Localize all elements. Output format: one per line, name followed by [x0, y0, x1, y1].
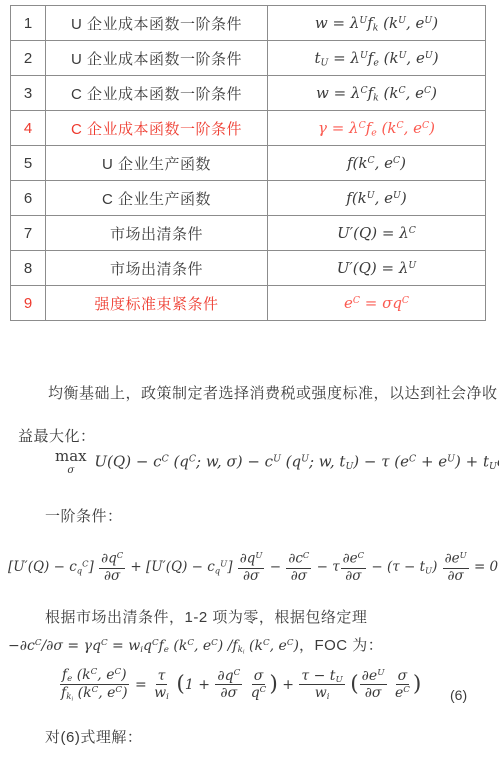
label-first-order-condition: 一阶条件：: [45, 505, 123, 526]
row-number-cell: 7: [11, 216, 46, 251]
row-number-cell: 1: [11, 6, 46, 41]
table-row: 3 C 企业成本函数一阶条件 w = λCfk (kC, eC): [11, 76, 486, 111]
row-number-cell: 5: [11, 146, 46, 181]
condition-label-cell: C 企业成本函数一阶条件: [46, 111, 268, 146]
formula-cell: γ = λCfe (kC, eC): [268, 111, 486, 146]
table-row: 8 市场出清条件 U′(Q) = λU: [11, 251, 486, 286]
conditions-table: 1 U 企业成本函数一阶条件 w = λUfk (kU, eU) 2 U 企业成…: [10, 5, 486, 321]
table-row: 1 U 企业成本函数一阶条件 w = λUfk (kU, eU): [11, 6, 486, 41]
row-number-cell: 9: [11, 286, 46, 321]
formula-cell: tU = λUfe (kU, eU): [268, 41, 486, 76]
row-number-cell: 8: [11, 251, 46, 286]
document-page: 1 U 企业成本函数一阶条件 w = λUfk (kU, eU) 2 U 企业成…: [0, 0, 499, 757]
table-row: 9 强度标准束紧条件 eC = σqC: [11, 286, 486, 321]
equation-6-tag: (6): [450, 687, 467, 703]
paragraph-line-1: 均衡基础上，政策制定者选择消费税或强度标准，以达到社会净收: [18, 382, 496, 403]
row-number-cell: 4: [11, 111, 46, 146]
table-row: 2 U 企业成本函数一阶条件 tU = λUfe (kU, eU): [11, 41, 486, 76]
condition-label-cell: C 企业成本函数一阶条件: [46, 76, 268, 111]
conditions-table-body: 1 U 企业成本函数一阶条件 w = λUfk (kU, eU) 2 U 企业成…: [11, 6, 486, 321]
table-row: 6 C 企业生产函数 f(kU, eU): [11, 181, 486, 216]
formula-cell: f(kC, eC): [268, 146, 486, 181]
formula-cell: U′(Q) = λC: [268, 216, 486, 251]
formula-cell: w = λUfk (kU, eU): [268, 6, 486, 41]
condition-label-cell: U 企业成本函数一阶条件: [46, 6, 268, 41]
paragraph-equilibrium: 均衡基础上，政策制定者选择消费税或强度标准，以达到社会净收 益最大化：: [18, 382, 496, 446]
row-number-cell: 6: [11, 181, 46, 216]
condition-label-cell: 强度标准束紧条件: [46, 286, 268, 321]
table-row: 4 C 企业成本函数一阶条件 γ = λCfe (kC, eC): [11, 111, 486, 146]
row-number-cell: 2: [11, 41, 46, 76]
paragraph-line-2: 益最大化：: [18, 425, 496, 446]
row-number-cell: 3: [11, 76, 46, 111]
condition-label-cell: 市场出清条件: [46, 216, 268, 251]
paragraph-market-clearing: 根据市场出清条件，1-2 项为零，根据包络定理: [45, 606, 367, 627]
condition-label-cell: U 企业生产函数: [46, 146, 268, 181]
paragraph-understanding-eq6: 对(6)式理解：: [45, 726, 142, 747]
equation-6: fe (kC, eC)fki (kC, eC) = τwi (1 + ∂qC∂σ…: [58, 667, 421, 703]
formula-cell: f(kU, eU): [268, 181, 486, 216]
equation-first-order-condition: [U′(Q) − cqC] ∂qC∂σ + [U′(Q) − cqU] ∂qU∂…: [8, 551, 498, 584]
inline-envelope-line: −∂cC/∂σ = γqC = wiqCfe (kC, eC) /fki (kC…: [8, 634, 383, 656]
equation-max-welfare: maxσ U(Q) − cC (qC; w, σ) − cU (qU; w, t…: [55, 449, 499, 476]
condition-label-cell: U 企业成本函数一阶条件: [46, 41, 268, 76]
formula-cell: U′(Q) = λU: [268, 251, 486, 286]
table-row: 7 市场出清条件 U′(Q) = λC: [11, 216, 486, 251]
formula-cell: w = λCfk (kC, eC): [268, 76, 486, 111]
table-row: 5 U 企业生产函数 f(kC, eC): [11, 146, 486, 181]
condition-label-cell: 市场出清条件: [46, 251, 268, 286]
inline-line-tail: ，FOC 为：: [299, 637, 383, 654]
equation-envelope-inline: −∂cC/∂σ = γqC = wiqCfe (kC, eC) /fki (kC…: [8, 638, 299, 654]
formula-cell: eC = σqC: [268, 286, 486, 321]
condition-label-cell: C 企业生产函数: [46, 181, 268, 216]
